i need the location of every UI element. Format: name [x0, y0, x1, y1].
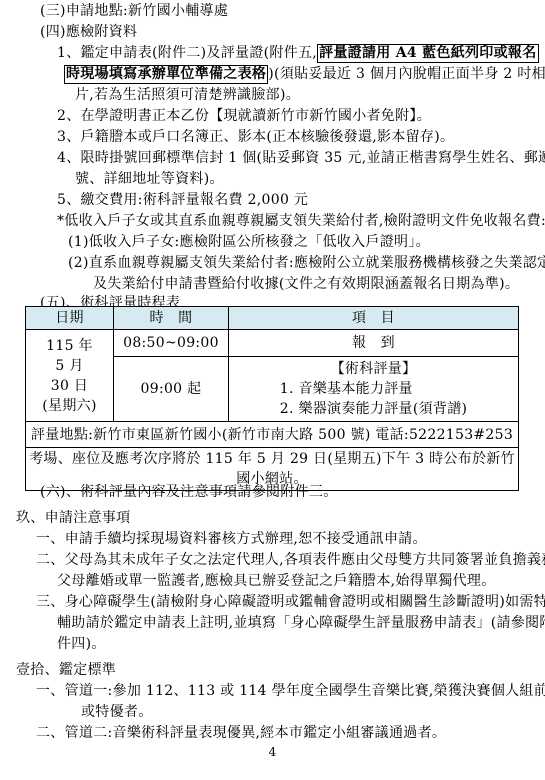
table-cell-date: 115 年 5 月 30 日 (星期六) [26, 330, 114, 422]
item1-prefix: 1、鑑定申請表(附件二)及評量證(附件五, [57, 45, 317, 61]
line-item1-part3: 片,若為生活照須可清楚辨識臉部)。 [75, 86, 300, 105]
line-item1-part2: 時現場填寫承辦單位準備之表格)(須貼妥最近 3 個月內脫帽正面半身 2 吋相 [64, 65, 545, 84]
schedule-table: 日期 時 間 項 目 115 年 5 月 30 日 (星期六) 08:50~09… [25, 306, 519, 491]
line-item4-part2: 號、詳細地址等資料)。 [75, 170, 224, 189]
table-cell-item-exam: 【術科評量】 1. 音樂基本能力評量 2. 樂器演奏能力評量(須背譜) [229, 357, 519, 422]
exam-item-1: 1. 音樂基本能力評量 [280, 379, 468, 399]
line-item3: 3、戶籍謄本或戶口名簿正、影本(正本核驗後發還,影本留存)。 [57, 128, 454, 147]
line-note2-part1: 二、父母為其未成年子女之法定代理人,各項表件應由父母雙方共同簽署並負擔義務; [36, 551, 545, 570]
table-cell-item-checkin: 報 到 [229, 330, 519, 357]
line-item1-part1: 1、鑑定申請表(附件二)及評量證(附件五,評量證請用 A4 藍色紙列印或報名 [57, 44, 539, 63]
line-note1: 一、申請手續均採現場資料審核方式辦理,恕不接受通訊申請。 [36, 530, 427, 549]
line-fee-waiver-1: (1)低收入戶子女:應檢附區公所核發之「低收入戶證明」。 [68, 233, 430, 252]
line-standards-heading: 壹拾、鑑定標準 [16, 661, 116, 680]
date-line-month: 5 月 [28, 356, 111, 376]
line-section-six: (六)、術科評量內容及注意事項請參閱附件三。 [40, 483, 338, 502]
line-standard2: 二、管道二:音樂術科評量表現優異,經本市鑑定小組審議通過者。 [36, 724, 446, 743]
line-notes-heading: 玖、申請注意事項 [16, 509, 130, 528]
highlight-box-1: 評量證請用 A4 藍色紙列印或報名 [317, 44, 538, 63]
line-standard1-part2: 或特優者。 [81, 703, 153, 722]
table-header-date: 日期 [26, 307, 114, 330]
line-standard1-part1: 一、管道一:參加 112、113 或 114 學年度全國學生音樂比賽,榮獲決賽個… [36, 682, 545, 701]
schedule-header-row: 日期 時 間 項 目 [26, 307, 519, 330]
line-item4-part1: 4、限時掛號回郵標準信封 1 個(貼妥郵資 35 元,並請正楷書寫學生姓名、郵遞… [57, 149, 545, 168]
document-page: (三)申請地點:新竹國小輔導處 (四)應檢附資料 1、鑑定申請表(附件二)及評量… [0, 0, 545, 780]
exam-item-title: 【術科評量】 [231, 359, 516, 379]
date-line-weekday: (星期六) [28, 396, 111, 416]
table-header-item: 項 目 [229, 307, 519, 330]
line-required-docs-heading: (四)應檢附資料 [40, 23, 137, 42]
table-cell-time-checkin: 08:50~09:00 [114, 330, 229, 357]
line-fee-waiver-2-part1: (2)直系血親尊親屬支領失業給付者:應檢附公立就業服務機構核發之失業認定 [68, 254, 545, 273]
line-fee-waiver-note: *低收入戶子女或其直系血親尊親屬支領失業給付者,檢附證明文件免收報名費: [57, 212, 545, 231]
table-header-time: 時 間 [114, 307, 229, 330]
page-number: 4 [0, 745, 545, 759]
schedule-row-checkin: 115 年 5 月 30 日 (星期六) 08:50~09:00 報 到 [26, 330, 519, 357]
line-fee-waiver-2-part2: 及失業給付申請書暨給付收據(文件之有效期限涵蓋報名日期為準)。 [93, 275, 519, 294]
line-note3-part3: 件四)。 [57, 635, 106, 654]
date-line-day: 30 日 [28, 376, 111, 396]
table-cell-location: 評量地點:新竹市東區新竹國小(新竹市南大路 500 號) 電話:5222153#… [26, 422, 519, 448]
exam-item-2: 2. 樂器演奏能力評量(須背譜) [280, 399, 468, 419]
line-note3-part1: 三、身心障礙學生(請檢附身心障礙證明或鑑輔會證明或相關醫生診斷證明)如需特殊 [36, 593, 545, 612]
exam-item-list: 1. 音樂基本能力評量 2. 樂器演奏能力評量(須背譜) [280, 379, 468, 419]
line-note2-part2: 父母離婚或單一監護者,應檢具已辦妥登記之戶籍謄本,始得單獨代理。 [57, 572, 496, 591]
table-cell-time-exam: 09:00 起 [114, 357, 229, 422]
line-note3-part2: 輔助請於鑑定申請表上註明,並填寫「身心障礙學生評量服務申請表」(請參閱附 [57, 614, 545, 633]
item1-suffix: )(須貼妥最近 3 個月內脫帽正面半身 2 吋相 [268, 66, 545, 82]
date-line-year: 115 年 [28, 336, 111, 356]
line-item5-fee: 5、繳交費用:術科評量報名費 2,000 元 [57, 191, 308, 210]
line-application-location: (三)申請地點:新竹國小輔導處 [40, 2, 228, 21]
highlight-box-2: 時現場填寫承辦單位準備之表格 [64, 65, 268, 84]
schedule-row-location: 評量地點:新竹市東區新竹國小(新竹市南大路 500 號) 電話:5222153#… [26, 422, 519, 448]
line-item2: 2、在學證明書正本乙份【現就讀新竹市新竹國小者免附】。 [57, 107, 431, 126]
